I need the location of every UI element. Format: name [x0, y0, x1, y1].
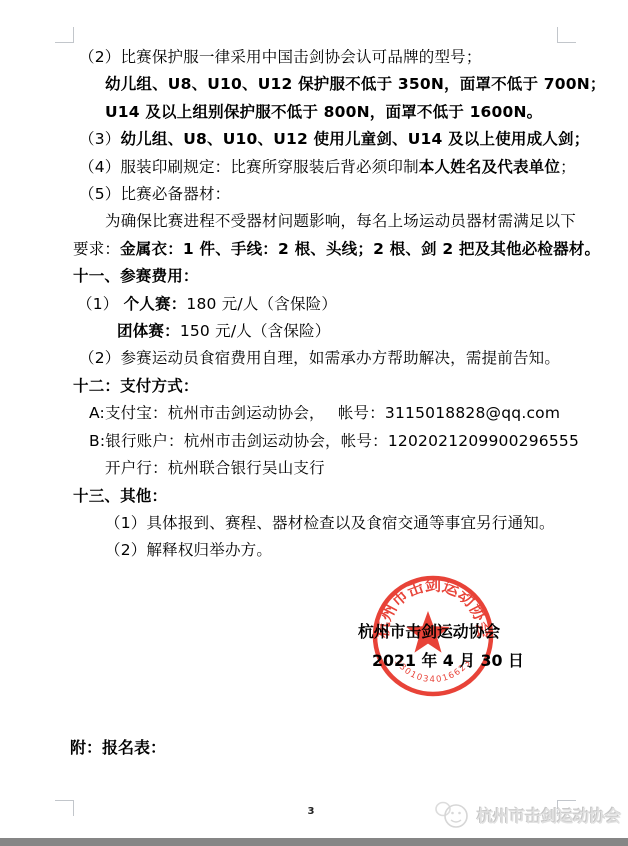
text-segment: （2）比赛保护服一律采用中国击剑协会认可品牌的型号； [79, 48, 482, 66]
text-segment: 开户行：杭州联合银行吴山支行 [105, 459, 325, 477]
paragraph-line: 十一、参赛费用： [73, 263, 565, 290]
paragraph-line: U14 及以上组别保护服不低于 800N，面罩不低于 1600N。 [73, 99, 565, 126]
paragraph-line: （5）比赛必备器材： [73, 181, 565, 208]
text-segment: 本人姓名及代表单位 [419, 158, 560, 176]
text-segment: 十一、参赛费用： [73, 267, 199, 285]
document-page: （2）比赛保护服一律采用中国击剑协会认可品牌的型号；幼儿组、U8、U10、U12… [0, 0, 628, 846]
paragraph-line: （1）具体报到、赛程、器材检查以及食宿交通等事宜另行通知。 [73, 510, 565, 537]
text-segment: （2）参赛运动员食宿费用自理，如需承办方帮助解决，需提前告知。 [79, 349, 560, 367]
paragraph-line: 团体赛：150 元/人（含保险） [73, 318, 565, 345]
paragraph-line: （2）比赛保护服一律采用中国击剑协会认可品牌的型号； [73, 44, 565, 71]
fencing-association-logo-icon [434, 798, 474, 832]
document-body: （2）比赛保护服一律采用中国击剑协会认可品牌的型号；幼儿组、U8、U10、U12… [73, 44, 565, 565]
text-segment: 团体赛： [117, 322, 180, 340]
text-segment: A:支付宝：杭州市击剑运动协会， 帐号：3115018828@qq.com [89, 404, 560, 422]
paragraph-line: 十二：支付方式： [73, 373, 565, 400]
paragraph-line: （3）幼儿组、U8、U10、U12 使用儿童剑、U14 及以上使用成人剑； [73, 126, 565, 153]
paragraph-line: （2）参赛运动员食宿费用自理，如需承办方帮助解决，需提前告知。 [73, 345, 565, 372]
page-number: 3 [299, 806, 323, 817]
attachment-note: 附：报名表： [70, 735, 166, 758]
text-segment: 幼儿组、U8、U10、U12 使用儿童剑、U14 及以上使用成人剑； [120, 130, 589, 148]
paragraph-line: （2）解释权归举办方。 [73, 537, 565, 564]
watermark-text: 杭州市击剑运动协会 [477, 803, 621, 827]
margin-crop-mark-top-right [557, 27, 576, 43]
text-segment: U14 及以上组别保护服不低于 800N，面罩不低于 1600N。 [105, 103, 542, 121]
text-segment: ； [560, 158, 576, 176]
text-segment: （1） [77, 295, 124, 313]
text-segment: （3） [79, 130, 120, 148]
margin-crop-mark-top-left [55, 27, 74, 43]
paragraph-line: 为确保比赛进程不受器材问题影响，每名上场运动员器材需满足以下 [73, 208, 565, 235]
paragraph-line: （1） 个人赛：180 元/人（含保险） [73, 291, 565, 318]
paragraph-line: 开户行：杭州联合银行吴山支行 [73, 455, 565, 482]
text-segment: 幼儿组、U8、U10、U12 保护服不低于 350N，面罩不低于 700N； [105, 75, 606, 93]
text-segment: 150 元/人（含保险） [180, 322, 331, 340]
paragraph-line: （4）服装印刷规定：比赛所穿服装后背必须印制本人姓名及代表单位； [73, 154, 565, 181]
paragraph-line: 幼儿组、U8、U10、U12 保护服不低于 350N，面罩不低于 700N； [73, 71, 565, 98]
text-segment: 180 元/人（含保险） [186, 295, 337, 313]
paragraph-line: B:银行账户：杭州市击剑运动协会，帐号：1202021209900296555 [73, 428, 565, 455]
paragraph-line: 十三、其他： [73, 483, 565, 510]
paragraph-line: A:支付宝：杭州市击剑运动协会， 帐号：3115018828@qq.com [73, 400, 565, 427]
text-segment: 十三、其他： [73, 487, 167, 505]
text-segment: B:银行账户：杭州市击剑运动协会，帐号：1202021209900296555 [89, 432, 579, 450]
text-segment: （4）服装印刷规定：比赛所穿服装后背必须印制 [79, 158, 419, 176]
text-segment: 为确保比赛进程不受器材问题影响，每名上场运动员器材需满足以下 [105, 212, 576, 230]
signature-organization: 杭州市击剑运动协会 [358, 619, 500, 642]
text-segment: （1）具体报到、赛程、器材检查以及食宿交通等事宜另行通知。 [105, 514, 555, 532]
signature-date: 2021 年 4 月 30 日 [372, 648, 524, 671]
text-segment: （2）解释权归举办方。 [105, 541, 272, 559]
text-segment: （5）比赛必备器材： [79, 185, 230, 203]
paragraph-line: 要求：金属衣：1 件、手线：2 根、头线；2 根、剑 2 把及其他必检器材。 [73, 236, 565, 263]
text-segment: 金属衣：1 件、手线：2 根、头线；2 根、剑 2 把及其他必检器材。 [120, 240, 600, 258]
viewport-bottom-band [0, 838, 628, 846]
text-segment: 要求： [73, 240, 120, 258]
text-segment: 个人赛： [124, 295, 187, 313]
margin-crop-mark-bottom-left [55, 800, 74, 816]
footer-watermark: 杭州市击剑运动协会 [434, 798, 621, 832]
text-segment: 十二：支付方式： [73, 377, 199, 395]
